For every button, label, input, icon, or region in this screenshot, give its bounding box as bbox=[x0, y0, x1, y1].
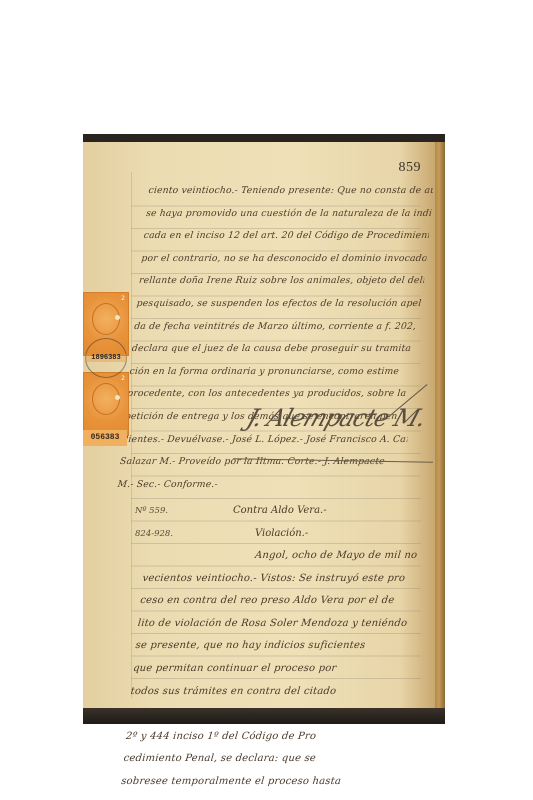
ledger-page: 859 ciento veintiocho.- Teniendo present… bbox=[83, 142, 435, 708]
text-line: ción en la forma ordinaria y pronunciars… bbox=[128, 361, 415, 384]
text-line: se haya promovido una cuestión de la nat… bbox=[145, 203, 432, 226]
text-line: procedente, con los antecedentes ya prod… bbox=[126, 383, 413, 406]
signature: J. Alempacte M. bbox=[243, 404, 429, 432]
text-line: cada en el inciso 12 del art. 20 del Cód… bbox=[142, 225, 429, 248]
entry-reference: 824-928. bbox=[135, 523, 173, 546]
binding-shadow bbox=[83, 708, 445, 724]
text-line: todos sus trámites en contra del citado bbox=[129, 681, 416, 704]
stamp-perforation bbox=[115, 315, 120, 320]
stamp-perforation bbox=[115, 395, 120, 400]
text-line: sobresee temporalmente el proceso hasta bbox=[120, 771, 407, 794]
entry-number: Nº 559. bbox=[135, 500, 173, 523]
text-line: que permitan continuar el proceso por bbox=[132, 658, 419, 681]
text-line: ceso en contra del reo preso Aldo Vera p… bbox=[139, 590, 426, 613]
handwritten-text-block-1: ciento veintiocho.- Teniendo presente: Q… bbox=[116, 180, 434, 496]
stamp-value: 2 bbox=[121, 295, 125, 302]
page-number: 859 bbox=[399, 160, 422, 176]
stamp-serial-number: 056383 bbox=[83, 430, 127, 446]
cancellation-number: 1896383 bbox=[85, 354, 127, 362]
text-line: por el contrario, no se ha desconocido e… bbox=[140, 248, 427, 271]
text-line: ciento veintiocho.- Teniendo presente: Q… bbox=[147, 180, 434, 203]
text-line: cedimiento Penal, se declara: que se bbox=[122, 748, 409, 771]
entry-title: Contra Aldo Vera.- bbox=[233, 500, 327, 523]
text-line: lito de violación de Rosa Soler Mendoza … bbox=[137, 613, 424, 636]
text-line: declara que el juez de la causa debe pro… bbox=[131, 338, 418, 361]
text-line: da de fecha veintitrés de Marzo último, … bbox=[133, 316, 420, 339]
handwritten-text-block-2: Angol, ocho de Mayo de mil no vecientos … bbox=[120, 545, 431, 794]
entry-subject: Violación.- bbox=[233, 523, 327, 546]
text-line: se presente, que no hay indicios suficie… bbox=[134, 635, 421, 658]
stamp-value: 2 bbox=[121, 375, 125, 382]
revenue-stamp: 2 bbox=[83, 372, 129, 436]
text-line: vecientos veintiocho.- Vistos: Se instru… bbox=[141, 568, 428, 591]
text-line: rellante doña Irene Ruiz sobre los anima… bbox=[138, 270, 425, 293]
text-line: M.- Sec.- Conforme.- bbox=[116, 474, 403, 497]
entry-heading: Contra Aldo Vera.- Violación.- bbox=[233, 500, 327, 545]
document-scan: 859 ciento veintiocho.- Teniendo present… bbox=[83, 134, 445, 724]
entry-meta: Nº 559. 824-928. bbox=[135, 500, 173, 545]
page-edge bbox=[435, 142, 445, 708]
text-line: pesquisado, se suspenden los efectos de … bbox=[135, 293, 422, 316]
text-line: Salazar M.- Proveído por la Iltma. Corte… bbox=[119, 451, 406, 474]
text-line: Angol, ocho de Mayo de mil no bbox=[144, 545, 431, 568]
text-line: 2º y 444 inciso 1º del Código de Pro bbox=[125, 726, 412, 749]
